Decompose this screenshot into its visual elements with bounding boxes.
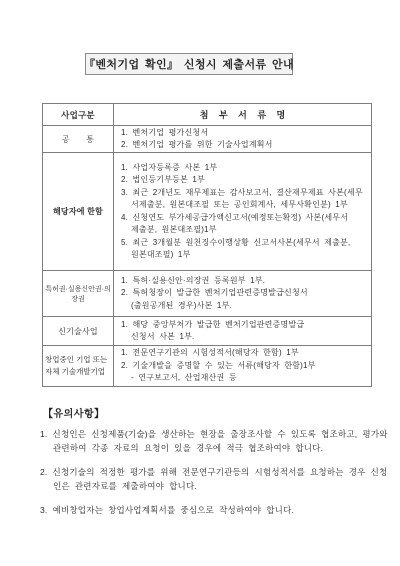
- document-line: 제출분, 원본대조필)1부: [121, 224, 367, 237]
- category-applicable-only: 해당자에 한함: [43, 153, 114, 270]
- documents-applicable-only: 1. 사업자등록증 사본 1부 2. 법인등기부등본 1부 3. 최근 2개년도…: [114, 153, 371, 270]
- document-title: 『벤처기업 확인』 신청시 제출서류 안내: [85, 53, 293, 75]
- category-patent-rights: 특허권·실용신안권·의장권: [43, 271, 114, 316]
- document-line: 1. 특허·실용신안·의장권 등록원부 1부.: [121, 275, 367, 288]
- document-line: 1. 해당 중앙부처가 발급한 벤처기업관련증명발급: [121, 319, 367, 332]
- document-line: - 연구보고서, 산업재산권 등: [121, 372, 367, 385]
- document-page: 『벤처기업 확인』 신청시 제출서류 안내 사업구분 첨 부 서 류 명 공 통…: [0, 0, 400, 566]
- note-line: 1. 신청인은 신청제품(기술)을 생산하는 현장을 출장조사할 수 있도록 협…: [40, 427, 376, 441]
- documents-new-technology: 1. 해당 중앙부처가 발급한 벤처기업관련증명발급 신청서 사본 1부.: [114, 317, 371, 345]
- document-line: 2. 기술개발을 증명할 수 있는 서류(해당자 한함)1부: [121, 360, 367, 373]
- note-item-2: 2. 신청기술의 적정한 평가를 위해 전문연구기관등의 시험성적서를 요청하는…: [40, 465, 376, 493]
- table-header-row: 사업구분 첨 부 서 류 명: [43, 104, 371, 126]
- document-line: 4. 신청연도 부가세공급가액신고서(예정또는확정) 사본(세무서: [121, 212, 367, 225]
- category-startup: 창업중인 기업 또는 자체 기술개발기업: [43, 346, 114, 386]
- table-row-new-technology: 신기술사업 1. 해당 중앙부처가 발급한 벤처기업관련증명발급 신청서 사본 …: [43, 317, 371, 346]
- notes-heading: 【유의사항】: [43, 405, 376, 420]
- document-line: 1. 전문연구기관의 시험성적서(해당자 한함) 1부: [121, 347, 367, 360]
- note-line: 3. 예비창업자는 창업사업계획서를 중심으로 작성하여야 합니다.: [40, 503, 376, 517]
- document-line: 1. 벤처기업 평가신청서: [121, 127, 367, 140]
- table-row-common: 공 통 1. 벤처기업 평가신청서 2. 벤처기업 평가를 위한 기술사업계획서: [43, 126, 371, 153]
- table-row-patent-rights: 특허권·실용신안권·의장권 1. 특허·실용신안·의장권 등록원부 1부. 2.…: [43, 271, 371, 317]
- note-line: 관련하여 각종 자료의 요청이 있을 경우에 적극 협조하여야 합니다.: [40, 441, 376, 455]
- document-line: 2. 벤처기업 평가를 위한 기술사업계획서: [121, 139, 367, 152]
- documents-startup: 1. 전문연구기관의 시험성적서(해당자 한함) 1부 2. 기술개발을 증명할…: [114, 346, 371, 386]
- column-header-documents: 첨 부 서 류 명: [114, 104, 371, 125]
- notes-section: 【유의사항】 1. 신청인은 신청제품(기술)을 생산하는 현장을 출장조사할 …: [40, 405, 376, 527]
- document-line: 5. 최근 3개월분 원천징수이행상황 신고서사본(세무서 제출분,: [121, 237, 367, 250]
- document-line: 서제출분, 원본대조필 또는 공인회계사, 세무사확인분) 1부: [121, 199, 367, 212]
- note-line: 2. 신청기술의 적정한 평가를 위해 전문연구기관등의 시험성적서를 요청하는…: [40, 465, 376, 479]
- note-item-3: 3. 예비창업자는 창업사업계획서를 중심으로 작성하여야 합니다.: [40, 503, 376, 517]
- category-common: 공 통: [43, 126, 114, 152]
- table-row-startup: 창업중인 기업 또는 자체 기술개발기업 1. 전문연구기관의 시험성적서(해당…: [43, 346, 371, 386]
- documents-patent-rights: 1. 특허·실용신안·의장권 등록원부 1부. 2. 특허청장이 발급한 벤처기…: [114, 271, 371, 316]
- document-line: 2. 법인등기부등본 1부: [121, 174, 367, 187]
- note-line: 인은 관련자료를 제출하여야 합니다.: [40, 479, 376, 493]
- document-line: 신청서 사본 1부.: [121, 331, 367, 344]
- category-new-technology: 신기술사업: [43, 317, 114, 345]
- note-item-1: 1. 신청인은 신청제품(기술)을 생산하는 현장을 출장조사할 수 있도록 협…: [40, 427, 376, 455]
- document-line: 원본대조필) 1부: [121, 249, 367, 262]
- document-line: 1. 사업자등록증 사본 1부: [121, 162, 367, 175]
- table-row-applicable-only: 해당자에 한함 1. 사업자등록증 사본 1부 2. 법인등기부등본 1부 3.…: [43, 153, 371, 271]
- document-line: (출원공개된 경우)사본 1부.: [121, 300, 367, 313]
- document-line: 3. 최근 2개년도 재무제표는 감사보고서, 결산재무제표 사본(세무: [121, 187, 367, 200]
- documents-common: 1. 벤처기업 평가신청서 2. 벤처기업 평가를 위한 기술사업계획서: [114, 126, 371, 152]
- column-header-category: 사업구분: [43, 104, 114, 125]
- submission-documents-table: 사업구분 첨 부 서 류 명 공 통 1. 벤처기업 평가신청서 2. 벤처기업…: [42, 103, 372, 387]
- document-line: 2. 특허청장이 발급한 벤처기업관련증명발급신청서: [121, 287, 367, 300]
